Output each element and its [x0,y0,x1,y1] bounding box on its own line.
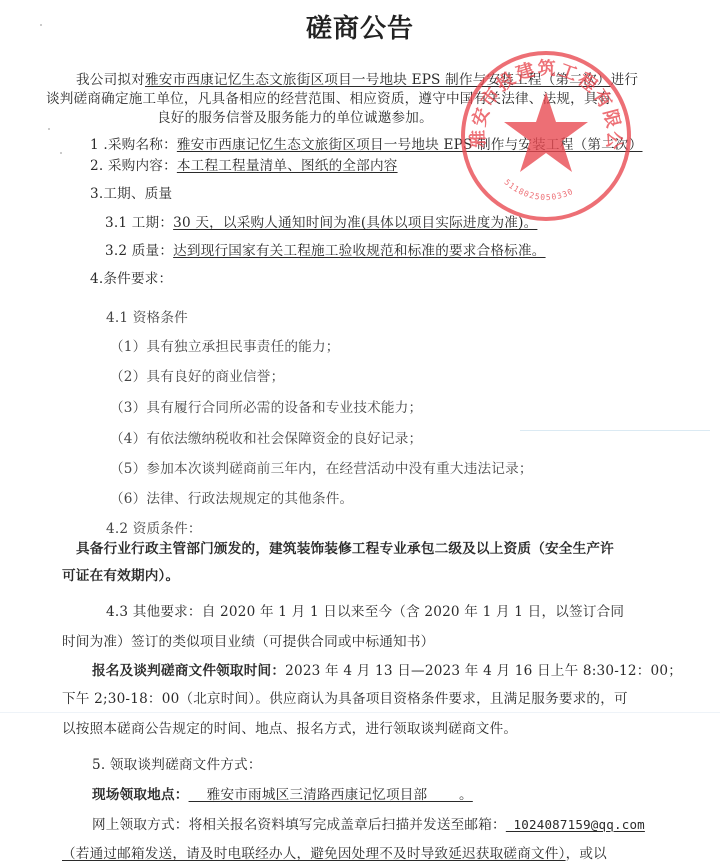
onsite-pickup-address: 雅安市雨城区三清路西康记忆项目部 。 [189,787,473,803]
online-pickup-label: 网上领取方式： [92,817,189,833]
qualification-heading: 4.1 资格条件 [106,309,188,327]
quality-value: 达到现行国家有关工程施工验收规范和标准的要求合格标准。 [173,243,545,259]
registration-time-label: 报名及谈判磋商文件领取时间： [92,663,285,679]
certification-line-2: 可证在有效期内）。 [62,567,179,585]
condition-item: （2）具有良好的商业信誉； [110,368,284,386]
section-4-heading: 4.条件要求： [90,270,172,288]
registration-time-line-2: 下午 2;30-18：00（北京时间）。供应商认为具备项目资格条件要求，且满足服… [62,690,628,708]
other-requirements-line-1: 4.3 其他要求：自 2020 年 1 月 1 日以来至今（含 2020 年 1… [106,603,624,621]
scan-artifact-line [0,712,720,713]
duration-label: 3.1 工期： [105,215,173,231]
scan-speck [40,24,42,26]
scan-speck [48,128,50,130]
section-5-heading: 5. 领取谈判磋商文件方式： [92,756,262,774]
procurement-name-label: 1 .采购名称： [90,137,177,153]
scan-speck [60,152,62,154]
intro-line-3: 良好的服务信誉及服务能力的单位诚邀参加。 [157,109,433,127]
certification-line-1: 具备行业行政主管部门颁发的，建筑装饰装修工程专业承包二级及以上资质（安全生产许 [76,540,614,558]
email-note-row: （若通过邮箱发送，请及时电联经办人，避免因处理不及时导致延迟获取磋商文件），或以 [62,845,607,863]
intro-line-2: 谈判磋商确定施工单位，凡具备相应的经营范围、相应资质，遵守中国有关法律、法规，具… [46,90,612,108]
registration-time-value: 2023 年 4 月 13 日—2023 年 4 月 16 日上午 8:30-1… [285,663,682,679]
intro-line-1: 我公司拟对雅安市西康记忆生态文旅街区项目一号地块 EPS 制作与安装工程（第二次… [76,71,638,89]
condition-item: （1）具有独立承担民事责任的能力； [110,338,340,356]
scan-artifact-line [520,430,710,431]
certification-heading: 4.2 资质条件： [106,520,202,538]
duration-row: 3.1 工期：30 天，以采购人通知时间为准(具体以项目实际进度为准)。 [105,214,537,232]
condition-item: （6）法律、行政法规规定的其他条件。 [110,490,353,508]
online-pickup-row: 网上领取方式：将相关报名资料填写完成盖章后扫描并发送至邮箱： 102408715… [92,816,645,834]
condition-item: （5）参加本次谈判磋商前三年内，在经营活动中没有重大违法记录； [110,460,533,478]
announcement-page: 磋商公告 我公司拟对雅安市西康记忆生态文旅街区项目一号地块 EPS 制作与安装工… [0,0,720,868]
procurement-content-value: 本工程工程量清单、图纸的全部内容 [177,158,398,174]
section-3-heading: 3.工期、质量 [90,185,172,203]
intro-suffix: 进行 [611,72,639,88]
procurement-content-row: 2. 采购内容：本工程工程量清单、图纸的全部内容 [90,157,398,175]
intro-project-name: 雅安市西康记忆生态文旅街区项目一号地块 EPS 制作与安装工程（第二次） [145,72,611,88]
condition-item: （4）有依法缴纳税收和社会保障资金的良好记录； [110,430,422,448]
duration-value: 30 天，以采购人通知时间为准(具体以项目实际进度为准)。 [173,215,537,231]
other-requirements-line-2: 时间为准）签订的类似项目业绩（可提供合同或中标通知书） [62,633,434,651]
procurement-content-label: 2. 采购内容： [90,158,177,174]
procurement-name-row: 1 .采购名称：雅安市西康记忆生态文旅街区项目一号地块 EPS 制作与安装工程（… [90,136,643,154]
email-note: （若通过邮箱发送，请及时电联经办人，避免因处理不及时导致延迟获取磋商文件） [62,846,566,862]
page-title: 磋商公告 [0,8,720,45]
condition-item: （3）具有履行合同所必需的设备和专业技术能力； [110,399,422,417]
intro-prefix: 我公司拟对 [76,72,145,88]
procurement-name-value: 雅安市西康记忆生态文旅街区项目一号地块 EPS 制作与安装工程（第二次） [177,137,643,153]
quality-row: 3.2 质量：达到现行国家有关工程施工验收规范和标准的要求合格标准。 [105,242,546,260]
online-pickup-text: 将相关报名资料填写完成盖章后扫描并发送至邮箱： [189,817,506,833]
registration-time-line-3: 以按照本磋商公告规定的时间、地点、报名方式，进行领取谈判磋商文件。 [62,720,517,738]
quality-label: 3.2 质量： [105,243,173,259]
svg-text:5118025050330: 5118025050330 [502,178,575,203]
seal-number: 5118025050330 [502,178,575,203]
onsite-pickup-label: 现场领取地点： [92,787,189,803]
email-note-suffix: ，或以 [566,846,607,862]
registration-time-line-1: 报名及谈判磋商文件领取时间：2023 年 4 月 13 日—2023 年 4 月… [92,662,682,680]
onsite-pickup-row: 现场领取地点： 雅安市雨城区三清路西康记忆项目部 。 [92,786,473,804]
email-link[interactable]: 1024087159@qq.com [506,817,645,832]
